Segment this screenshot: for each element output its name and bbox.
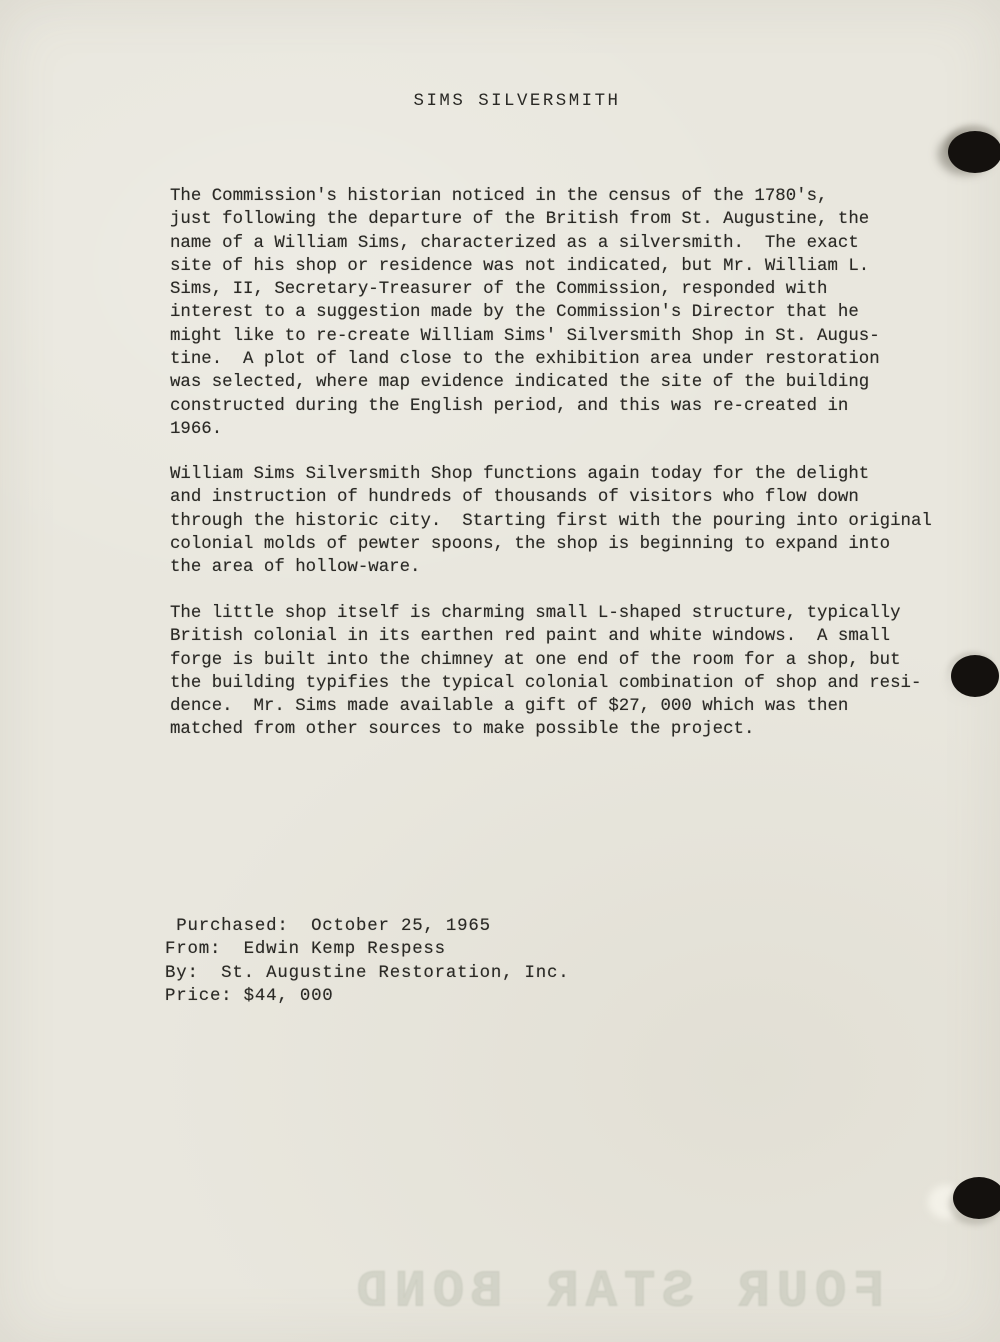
paragraph-shop-description: The little shop itself is charming small…	[170, 602, 921, 742]
page-title: SIMS SILVERSMITH	[414, 92, 621, 111]
paragraph-commission-history: The Commission's historian noticed in th…	[170, 185, 880, 441]
binder-hole-ink-mark-bottom	[953, 1177, 1000, 1219]
document-page: SIMS SILVERSMITH The Commission's histor…	[0, 0, 1000, 1342]
paragraph-shop-today: William Sims Silversmith Shop functions …	[170, 463, 932, 579]
binder-hole-ink-mark-top	[948, 131, 1000, 173]
binder-hole-ink-mark-middle	[951, 655, 999, 697]
purchase-details: Purchased: October 25, 1965 From: Edwin …	[165, 915, 570, 1008]
paper-watermark-mirrored: FOUR STAR BOND	[350, 1263, 885, 1322]
